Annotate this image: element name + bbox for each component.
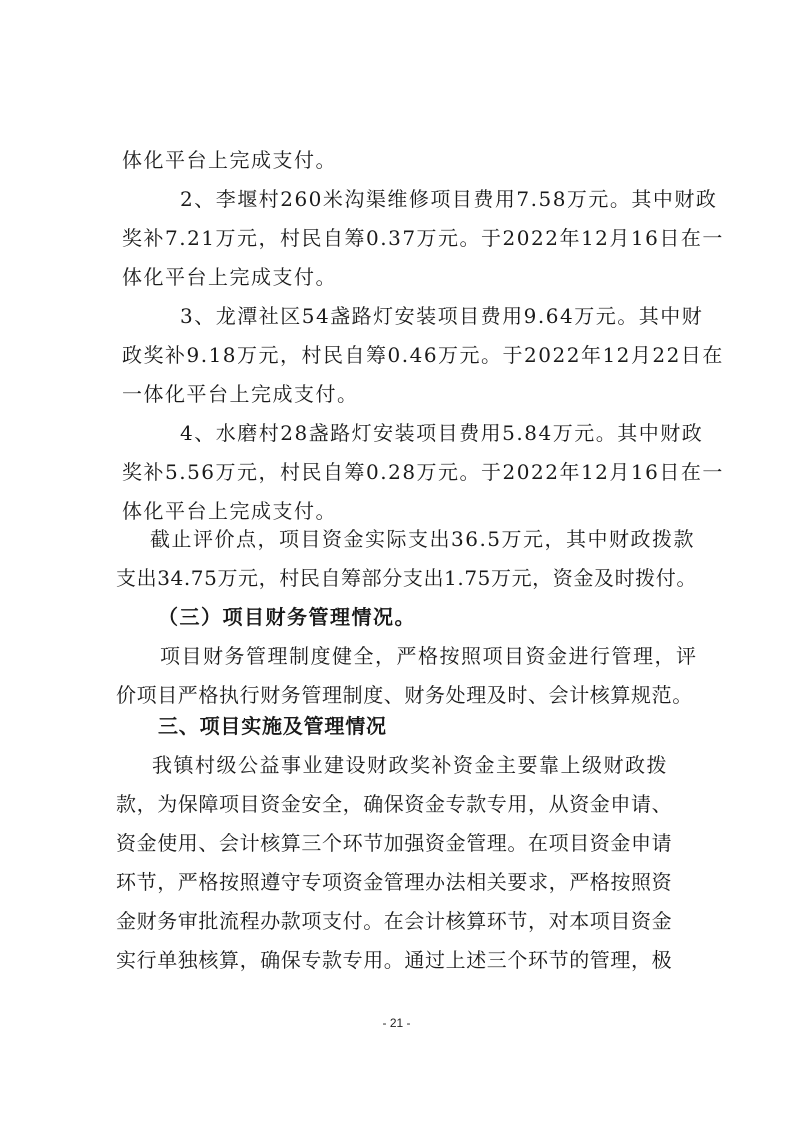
paragraph-line: 体化平台上完成支付。 xyxy=(122,263,337,291)
paragraph-line: 体化平台上完成支付。 xyxy=(122,497,337,525)
paragraph-line: 金财务审批流程办款项支付。在会计核算环节，对本项目资金 xyxy=(116,907,672,935)
section-heading-main: 三、项目实施及管理情况 xyxy=(158,712,387,740)
paragraph-line: 2、李堰村260米沟渠维修项目费用7.58万元。其中财政 xyxy=(180,185,717,213)
paragraph-line: 价项目严格执行财务管理制度、财务处理及时、会计核算规范。 xyxy=(116,681,693,709)
section-heading-3: （三）项目财务管理情况。 xyxy=(158,603,416,631)
paragraph-line: 4、水磨村28盏路灯安装项目费用5.84万元。其中财政 xyxy=(180,419,703,447)
paragraph-line: 我镇村级公益事业建设财政奖补资金主要靠上级财政拨 xyxy=(152,751,668,779)
paragraph-line: 一体化平台上完成支付。 xyxy=(122,380,359,408)
paragraph-line: 体化平台上完成支付。 xyxy=(122,146,337,174)
paragraph-line: 政奖补9.18万元，村民自筹0.46万元。于2022年12月22日在 xyxy=(122,341,724,369)
paragraph-line: 奖补5.56万元，村民自筹0.28万元。于2022年12月16日在一 xyxy=(122,458,724,486)
paragraph-line: 截止评价点，项目资金实际支出36.5万元，其中财政拨款 xyxy=(150,525,695,553)
paragraph-line: 项目财务管理制度健全，严格按照项目资金进行管理，评 xyxy=(160,642,698,670)
paragraph-line: 实行单独核算，确保专款专用。通过上述三个环节的管理，极 xyxy=(116,946,672,974)
paragraph-line: 资金使用、会计核算三个环节加强资金管理。在项目资金申请 xyxy=(116,829,672,857)
paragraph-line: 3、龙潭社区54盏路灯安装项目费用9.64万元。其中财 xyxy=(180,302,703,330)
paragraph-line: 奖补7.21万元，村民自筹0.37万元。于2022年12月16日在一 xyxy=(122,224,724,252)
paragraph-line: 环节，严格按照遵守专项资金管理办法相关要求，严格按照资 xyxy=(116,868,672,896)
paragraph-line: 款，为保障项目资金安全，确保资金专款专用，从资金申请、 xyxy=(116,790,672,818)
page-number: - 21 - xyxy=(0,1016,793,1030)
paragraph-line: 支出34.75万元，村民自筹部分支出1.75万元，资金及时拨付。 xyxy=(116,564,697,592)
